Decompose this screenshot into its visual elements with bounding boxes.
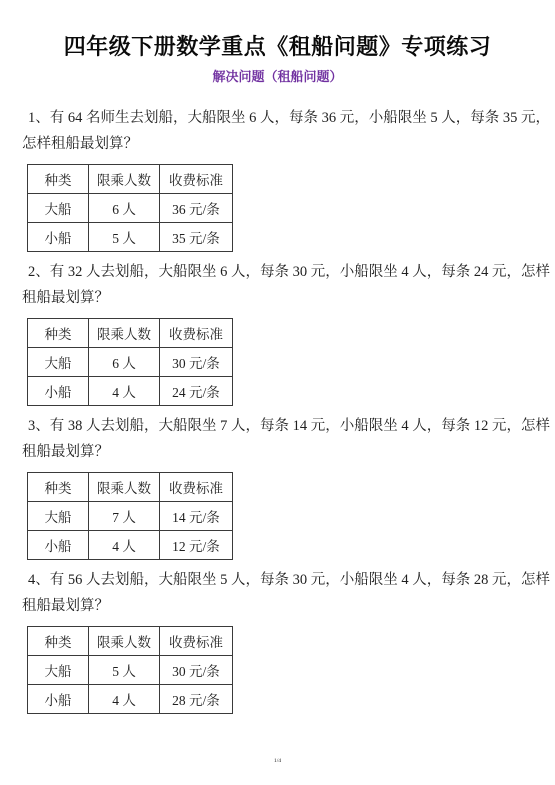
cell-capacity: 6 人 (89, 348, 160, 377)
worksheet-content: 1、有 64 名师生去划船，大船限坐 6 人，每条 36 元，小船限坐 5 人，… (0, 85, 555, 714)
problem-1: 1、有 64 名师生去划船，大船限坐 6 人，每条 36 元，小船限坐 5 人，… (22, 105, 535, 252)
cell-fee: 24 元/条 (160, 377, 233, 406)
cell-boat-type: 大船 (28, 194, 89, 223)
cell-capacity: 4 人 (89, 685, 160, 714)
cell-fee: 30 元/条 (160, 348, 233, 377)
table-header-row: 种类 限乘人数 收费标准 (28, 165, 233, 194)
col-header-type: 种类 (28, 165, 89, 194)
table-row: 小船 4 人 24 元/条 (28, 377, 233, 406)
problem-4-text-line2: 租船最划算？ (22, 593, 535, 619)
cell-fee: 36 元/条 (160, 194, 233, 223)
cell-fee: 28 元/条 (160, 685, 233, 714)
table-row: 大船 5 人 30 元/条 (28, 656, 233, 685)
table-row: 小船 5 人 35 元/条 (28, 223, 233, 252)
problem-2-boat-table: 种类 限乘人数 收费标准 大船 6 人 30 元/条 小船 4 人 24 元/条 (27, 318, 233, 406)
cell-boat-type: 大船 (28, 348, 89, 377)
table-row: 小船 4 人 12 元/条 (28, 531, 233, 560)
col-header-fee: 收费标准 (160, 627, 233, 656)
col-header-type: 种类 (28, 473, 89, 502)
col-header-fee: 收费标准 (160, 319, 233, 348)
table-header-row: 种类 限乘人数 收费标准 (28, 319, 233, 348)
problem-1-text-line1: 1、有 64 名师生去划船，大船限坐 6 人，每条 36 元，小船限坐 5 人，… (22, 105, 535, 131)
cell-boat-type: 小船 (28, 377, 89, 406)
cell-capacity: 4 人 (89, 531, 160, 560)
cell-boat-type: 小船 (28, 223, 89, 252)
cell-boat-type: 大船 (28, 656, 89, 685)
problem-3: 3、有 38 人去划船，大船限坐 7 人，每条 14 元，小船限坐 4 人，每条… (22, 413, 535, 560)
table-header-row: 种类 限乘人数 收费标准 (28, 627, 233, 656)
col-header-type: 种类 (28, 319, 89, 348)
problem-2-text-line1: 2、有 32 人去划船，大船限坐 6 人，每条 30 元，小船限坐 4 人，每条… (22, 259, 535, 285)
col-header-capacity: 限乘人数 (89, 473, 160, 502)
problem-3-text-line1: 3、有 38 人去划船，大船限坐 7 人，每条 14 元，小船限坐 4 人，每条… (22, 413, 535, 439)
problem-4: 4、有 56 人去划船，大船限坐 5 人，每条 30 元，小船限坐 4 人，每条… (22, 567, 535, 714)
cell-fee: 30 元/条 (160, 656, 233, 685)
problem-3-text-line2: 租船最划算？ (22, 439, 535, 465)
table-row: 大船 6 人 36 元/条 (28, 194, 233, 223)
cell-fee: 12 元/条 (160, 531, 233, 560)
page-subtitle: 解决问题（租船问题） (0, 69, 555, 85)
cell-capacity: 4 人 (89, 377, 160, 406)
col-header-capacity: 限乘人数 (89, 165, 160, 194)
col-header-fee: 收费标准 (160, 473, 233, 502)
problem-2-text-line2: 租船最划算？ (22, 285, 535, 311)
cell-capacity: 6 人 (89, 194, 160, 223)
table-row: 大船 7 人 14 元/条 (28, 502, 233, 531)
page-title: 四年级下册数学重点《租船问题》专项练习 (0, 0, 555, 60)
cell-fee: 14 元/条 (160, 502, 233, 531)
problem-3-boat-table: 种类 限乘人数 收费标准 大船 7 人 14 元/条 小船 4 人 12 元/条 (27, 472, 233, 560)
cell-capacity: 5 人 (89, 223, 160, 252)
cell-capacity: 7 人 (89, 502, 160, 531)
problem-4-boat-table: 种类 限乘人数 收费标准 大船 5 人 30 元/条 小船 4 人 28 元/条 (27, 626, 233, 714)
cell-fee: 35 元/条 (160, 223, 233, 252)
problem-4-text-line1: 4、有 56 人去划船，大船限坐 5 人，每条 30 元，小船限坐 4 人，每条… (22, 567, 535, 593)
col-header-type: 种类 (28, 627, 89, 656)
problem-1-text-line2: 怎样租船最划算？ (22, 131, 535, 157)
worksheet-page: 四年级下册数学重点《租船问题》专项练习 解决问题（租船问题） 1、有 64 名师… (0, 0, 555, 785)
table-header-row: 种类 限乘人数 收费标准 (28, 473, 233, 502)
page-footer-mark: 1/4 (14, 758, 541, 765)
cell-boat-type: 小船 (28, 531, 89, 560)
cell-capacity: 5 人 (89, 656, 160, 685)
problem-1-boat-table: 种类 限乘人数 收费标准 大船 6 人 36 元/条 小船 5 人 35 元/条 (27, 164, 233, 252)
problem-2: 2、有 32 人去划船，大船限坐 6 人，每条 30 元，小船限坐 4 人，每条… (22, 259, 535, 406)
cell-boat-type: 小船 (28, 685, 89, 714)
col-header-fee: 收费标准 (160, 165, 233, 194)
table-row: 大船 6 人 30 元/条 (28, 348, 233, 377)
col-header-capacity: 限乘人数 (89, 319, 160, 348)
table-row: 小船 4 人 28 元/条 (28, 685, 233, 714)
cell-boat-type: 大船 (28, 502, 89, 531)
col-header-capacity: 限乘人数 (89, 627, 160, 656)
